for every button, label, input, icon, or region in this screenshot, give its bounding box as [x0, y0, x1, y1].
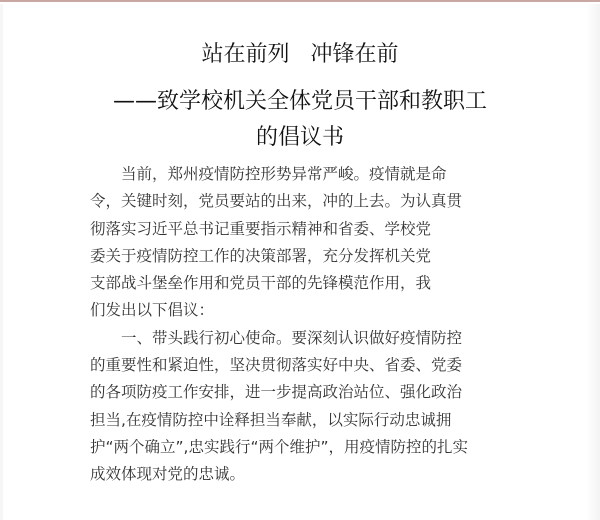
body-line: 委关于疫情防控工作的决策部署，充分发挥机关党 [90, 243, 500, 270]
title-line-2: ——致学校机关全体党员干部和教职工 [0, 88, 600, 116]
body-line: 一、带头践行初心使命。要深刻认识做好疫情防控 [90, 325, 500, 352]
body-line: 的重要性和紧迫性，坚决贯彻落实好中央、省委、党委 [90, 352, 500, 379]
page-left-edge [0, 4, 3, 520]
document-page: 站在前列 冲锋在前 ——致学校机关全体党员干部和教职工 的倡议书 当前，郑州疫情… [0, 0, 600, 520]
page-right-edge [586, 4, 600, 520]
body-line: 当前，郑州疫情防控形势异常严峻。疫情就是命 [90, 161, 500, 188]
body-line: 护“两个确立”,忠实践行“两个维护”，用疫情防控的扎实 [90, 434, 500, 461]
body-line: 令，关键时刻，党员要站的出来，冲的上去。为认真贯 [90, 188, 500, 215]
body-line: 彻落实习近平总书记重要指示精神和省委、学校党 [90, 216, 500, 243]
body-line: 担当,在疫情防控中诠释担当奉献，以实际行动忠诚拥 [90, 407, 500, 434]
title-line-3: 的倡议书 [0, 124, 600, 152]
body-line: 的各项防疫工作安排，进一步提高政治站位、强化政治 [90, 379, 500, 406]
paragraph-intro: 当前，郑州疫情防控形势异常严峻。疫情就是命 令，关键时刻，党员要站的出来，冲的上… [90, 161, 500, 325]
paragraph-section-1: 一、带头践行初心使命。要深刻认识做好疫情防控 的重要性和紧迫性，坚决贯彻落实好中… [90, 325, 500, 489]
document-body: 当前，郑州疫情防控形势异常严峻。疫情就是命 令，关键时刻，党员要站的出来，冲的上… [90, 161, 500, 489]
body-line: 们发出以下倡议： [90, 297, 500, 324]
title-line-1: 站在前列 冲锋在前 [0, 41, 600, 69]
body-line: 成效体现对党的忠诚。 [90, 461, 500, 488]
body-line: 支部战斗堡垒作用和党员干部的先锋模范作用，我 [90, 270, 500, 297]
